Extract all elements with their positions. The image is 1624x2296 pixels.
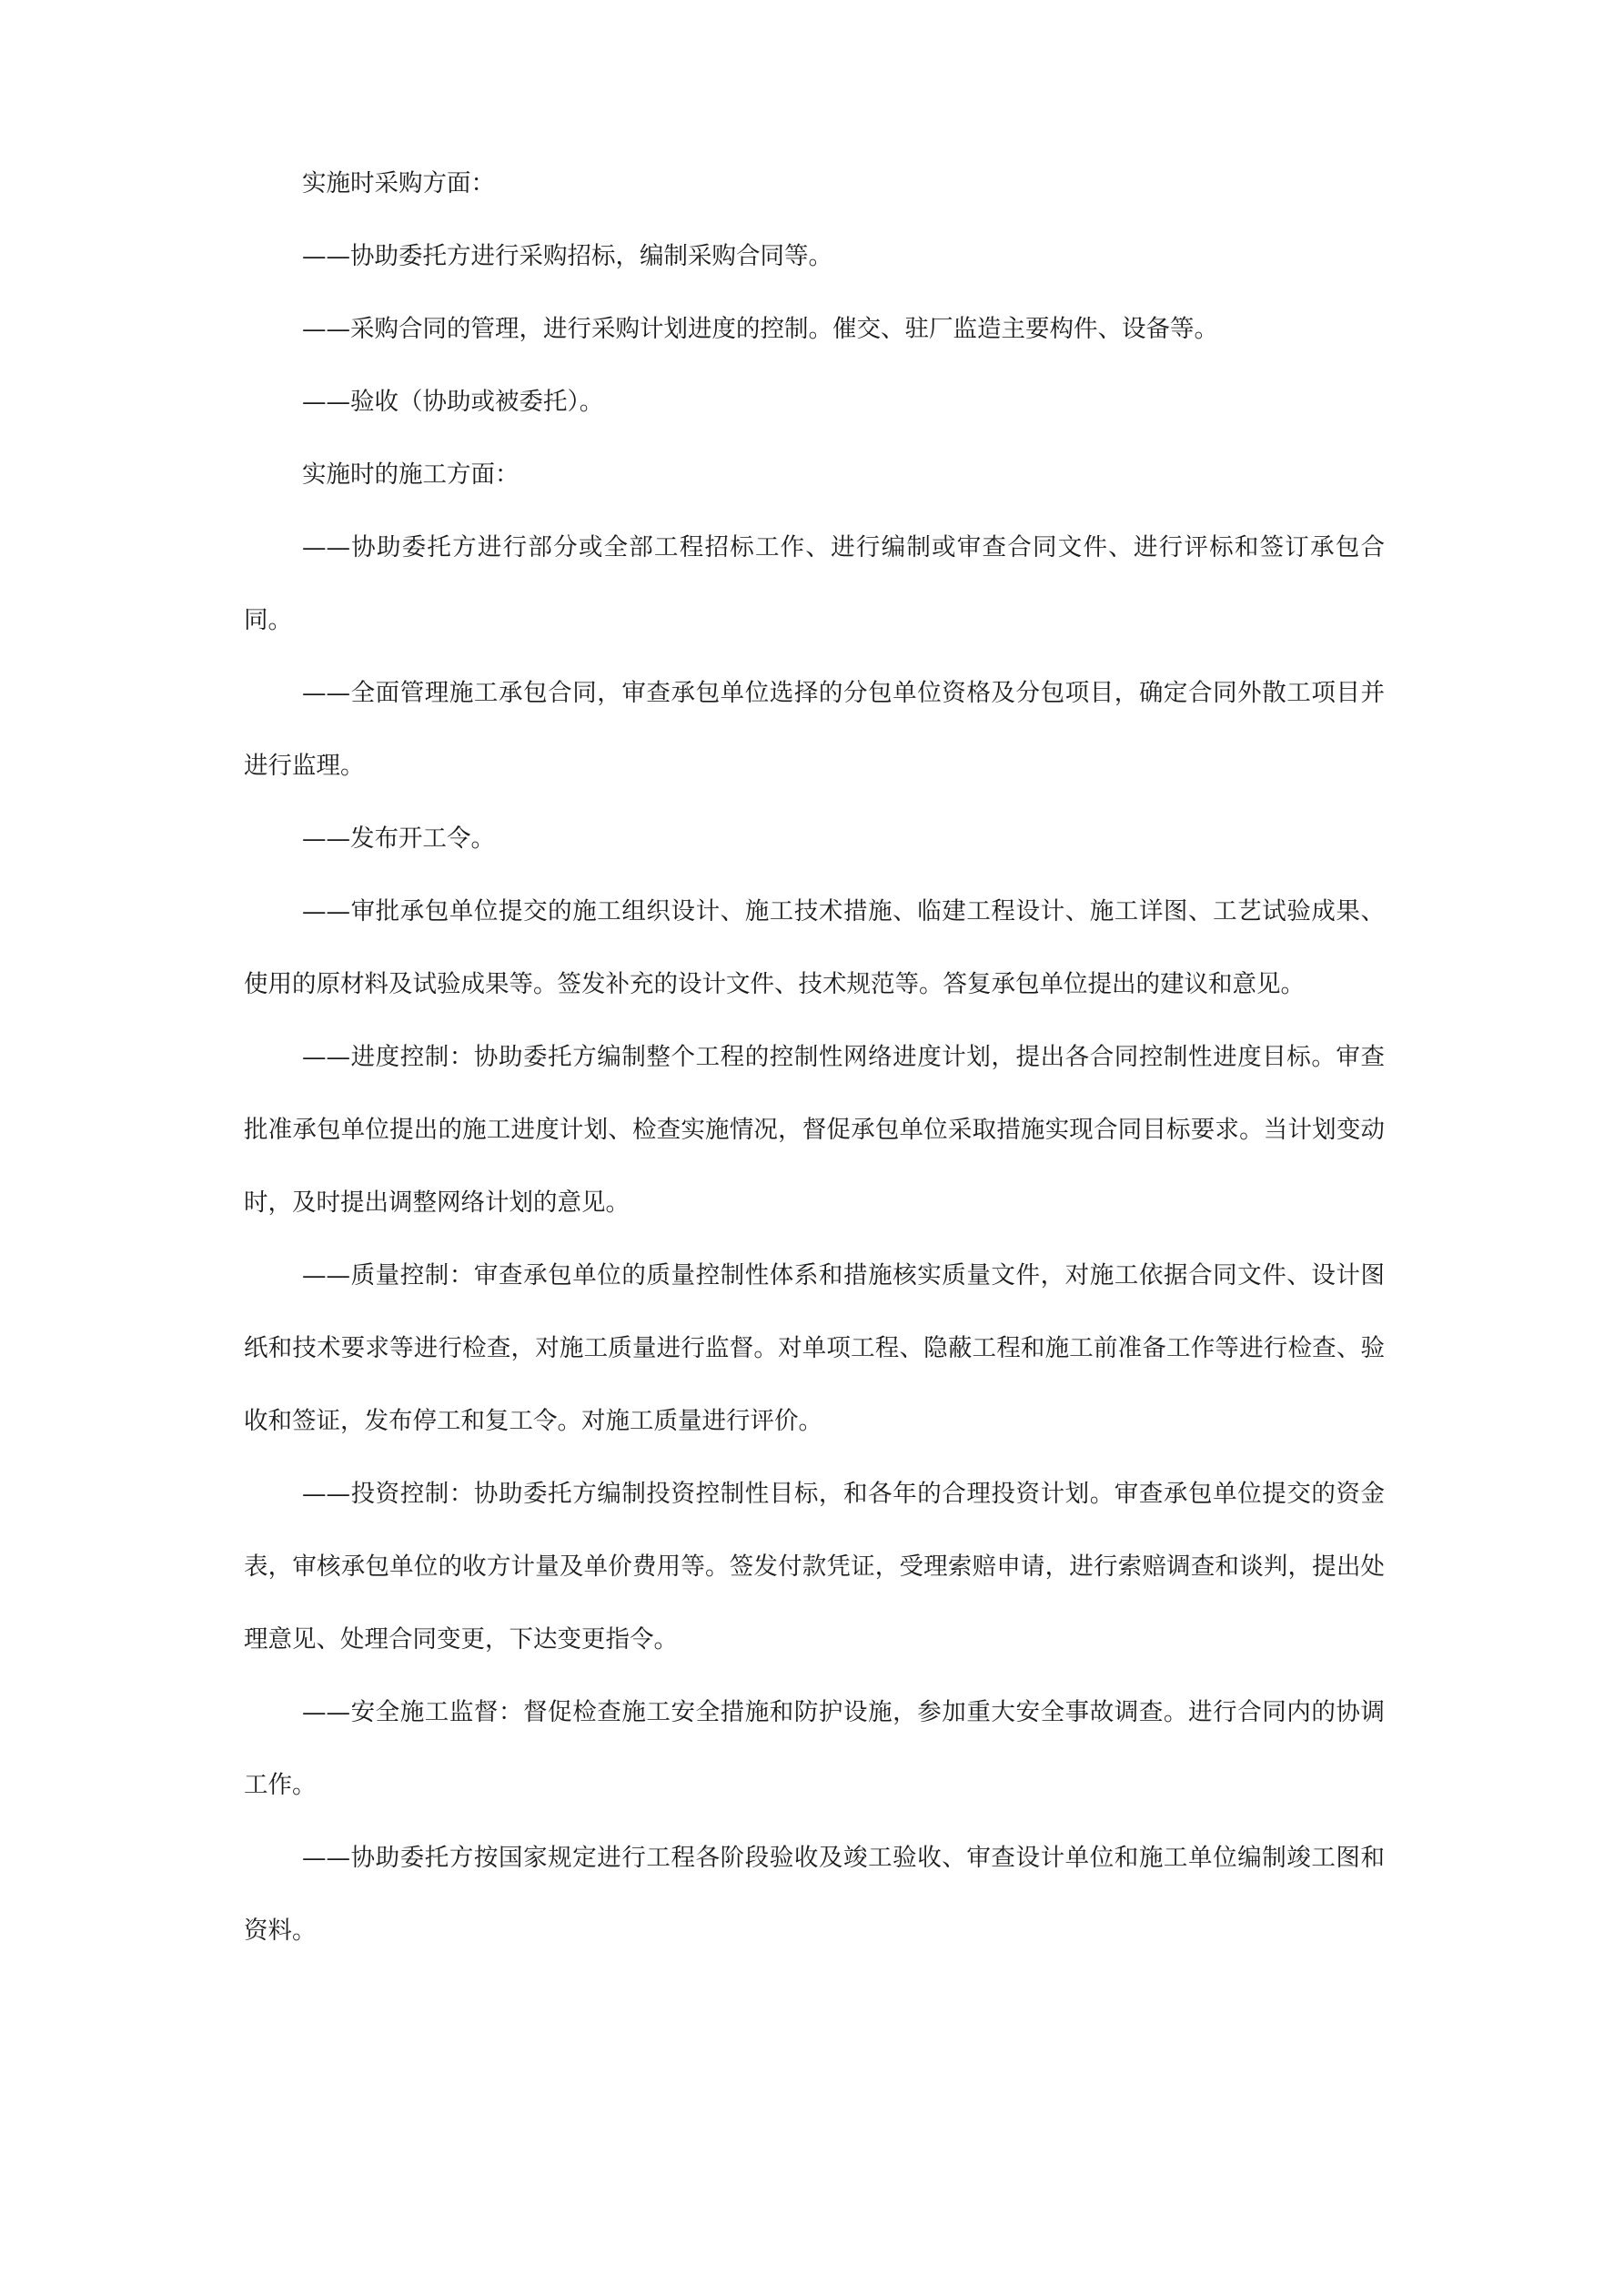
list-item: ——采购合同的管理，进行采购计划进度的控制。催交、驻厂监造主要构件、设备等。 [244,293,1385,366]
list-item: ——验收（协助或被委托）。 [244,366,1385,439]
list-item: ——审批承包单位提交的施工组织设计、施工技术措施、临建工程设计、施工详图、工艺试… [244,875,1385,1021]
list-item: ——发布开工令。 [244,803,1385,875]
list-item: ——协助委托方进行采购招标，编制采购合同等。 [244,220,1385,293]
list-item: ——协助委托方进行部分或全部工程招标工作、进行编制或审查合同文件、进行评标和签订… [244,511,1385,657]
section-heading-procurement: 实施时采购方面： [244,147,1385,220]
list-item-safety-supervision: ——安全施工监督：督促检查施工安全措施和防护设施，参加重大安全事故调查。进行合同… [244,1676,1385,1822]
list-item-investment-control: ——投资控制：协助委托方编制投资控制性目标，和各年的合理投资计划。审查承包单位提… [244,1458,1385,1676]
list-item: ——全面管理施工承包合同，审查承包单位选择的分包单位资格及分包项目，确定合同外散… [244,657,1385,803]
list-item-quality-control: ——质量控制：审查承包单位的质量控制性体系和措施核实质量文件，对施工依据合同文件… [244,1239,1385,1458]
list-item-schedule-control: ——进度控制：协助委托方编制整个工程的控制性网络进度计划，提出各合同控制性进度目… [244,1021,1385,1239]
list-item-acceptance: ——协助委托方按国家规定进行工程各阶段验收及竣工验收、审查设计单位和施工单位编制… [244,1822,1385,1967]
document-page: 实施时采购方面： ——协助委托方进行采购招标，编制采购合同等。 ——采购合同的管… [244,147,1385,1967]
section-heading-construction: 实施时的施工方面： [244,439,1385,511]
